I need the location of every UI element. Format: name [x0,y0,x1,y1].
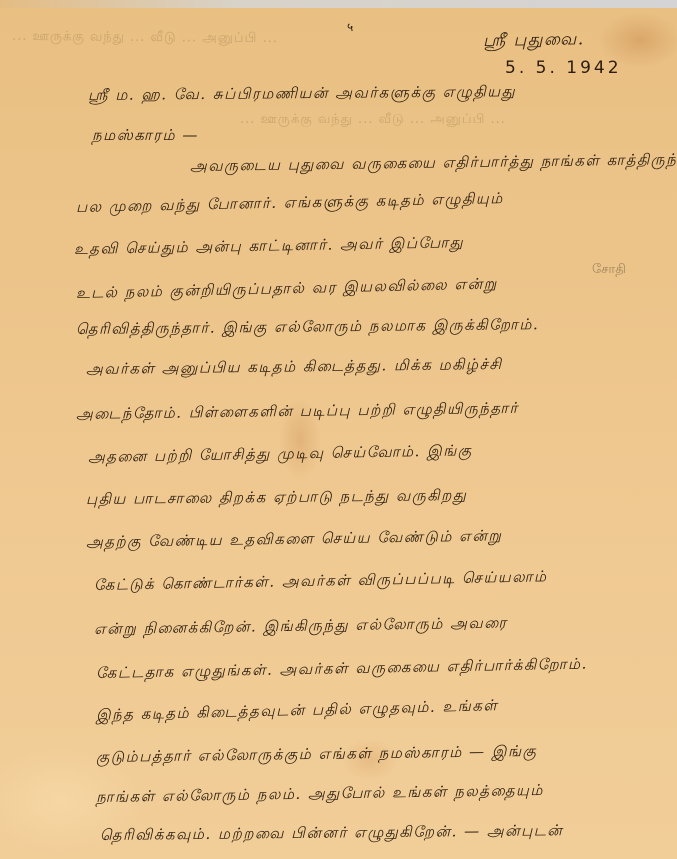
bleed-through-text: ... ஊருக்கு வந்து ... வீடு ... அனுப்பி .… [12,29,278,47]
body-line: குடும்பத்தார் எல்லோருக்கும் எங்கள் நமஸ்க… [96,742,538,768]
body-line: உடல் நலம் குன்றியிருப்பதால் வர இயலவில்லை… [76,274,498,304]
body-line: அதனை பற்றி யோசித்து முடிவு செய்வோம். இங்… [88,441,473,468]
salutation-greeting: நமஸ்காரம் — [92,126,199,146]
body-line: இந்த கடிதம் கிடைத்தவுடன் பதில் எழுதவும்.… [96,696,499,726]
letter-date: 5. 5. 1942 [505,58,622,78]
body-line: கேட்டுக் கொண்டார்கள். அவர்கள் விருப்பப்ப… [94,567,548,596]
body-line: அவருடைய புதுவை வருகையை எதிர்பார்த்து நாங… [190,150,677,177]
margin-annotation: சோதி [592,262,626,278]
scan-edge [0,0,677,8]
letter-page: ... ஊருக்கு வந்து ... வீடு ... அனுப்பி .… [0,0,677,859]
body-line: தெரிவிக்கவும். மற்றவை பின்னர் எழுதுகிறேன… [100,821,563,846]
body-line: தெரிவித்திருந்தார். இங்கு எல்லோரும் நலமா… [76,315,539,340]
bleed-through-text: ... ஊருக்கு வந்து ... வீடு ... அனுப்பி .… [240,112,506,128]
salutation-line: ஸ்ரீ ம. ஹ. வே. சுப்பிரமணியன் அவர்களுக்கு… [88,82,516,106]
body-line: உதவி செய்தும் அன்பு காட்டினார். அவர் இப்… [74,233,464,260]
body-line: அடைந்தோம். பிள்ளைகளின் படிப்பு பற்றி எழு… [76,399,519,425]
body-line: என்று நினைக்கிறேன். இங்கிருந்து எல்லோரும… [94,614,508,640]
body-line: புதிய பாடசாலை திறக்க ஏற்பாடு நடந்து வருக… [86,486,468,510]
body-line: அவர்கள் அனுப்பிய கடிதம் கிடைத்தது. மிக்க… [86,355,503,380]
body-line: நாங்கள் எல்லோரும் நலம். அதுபோல் உங்கள் ந… [96,781,544,808]
body-line: கேட்டதாக எழுதுங்கள். அவர்கள் வருகையை எதி… [96,655,588,684]
body-line: பல முறை வந்து போனார். எங்களுக்கு கடிதம் … [76,189,504,218]
page-number-mark: ५ [347,18,355,35]
letter-place: ஸ்ரீ புதுவை. [483,29,585,53]
body-line: அதற்கு வேண்டிய உதவிகளை செய்ய வேண்டும் என… [86,526,503,553]
